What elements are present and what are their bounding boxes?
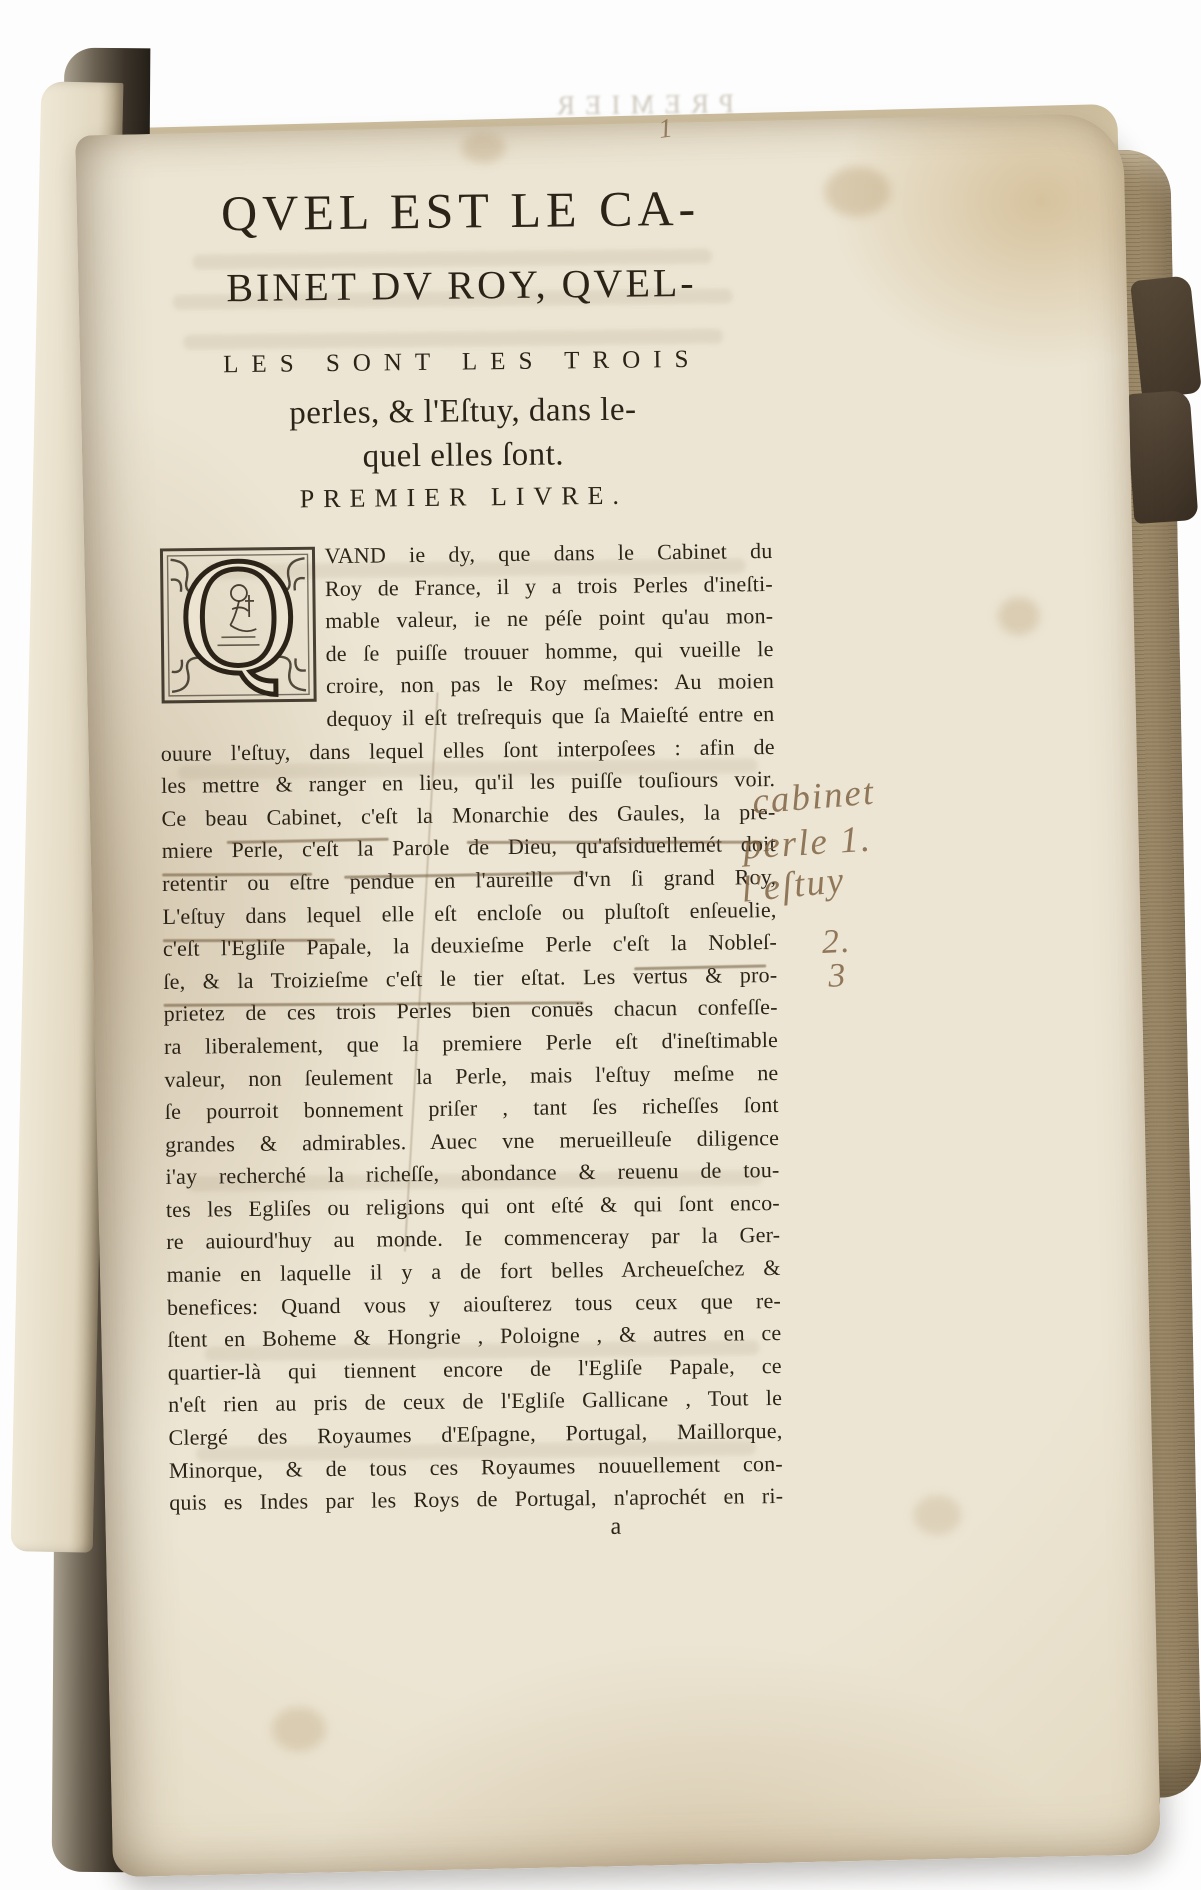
ink-underline bbox=[467, 841, 763, 844]
ink-underline bbox=[163, 939, 335, 942]
book-photograph: PREMIER 1 QVEL EST LE CA-BINET DV ROY, Q… bbox=[0, 0, 1201, 1890]
margin-note: cabinet bbox=[751, 771, 877, 824]
margin-note: 3 bbox=[827, 957, 848, 996]
margin-note: 2. bbox=[821, 923, 852, 962]
page-content: PREMIER 1 QVEL EST LE CA-BINET DV ROY, Q… bbox=[0, 0, 1201, 1890]
signature-mark: a bbox=[610, 1514, 621, 1541]
margin-note: l'eſtuy bbox=[739, 859, 847, 912]
marginalia: cabinetperle 1.l'eſtuy2.3 bbox=[0, 0, 1201, 1890]
